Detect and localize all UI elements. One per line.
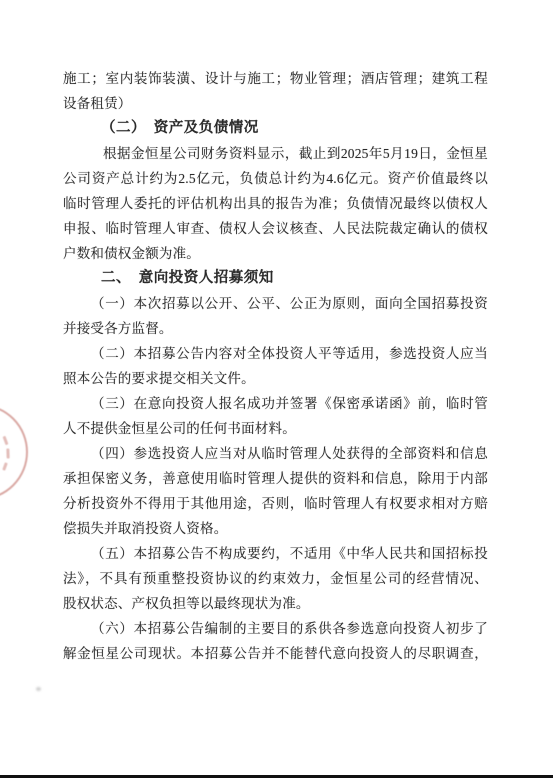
text-line: 法》，不具有预重整投资协议的约束效力，金恒星公司的经营情况、 <box>63 566 488 591</box>
section-heading-assets-liabilities: （二） 资产及负债情况 <box>63 116 488 141</box>
paragraph-notice-item-6: （六）本招募公告编制的主要目的系供各参选意向投资人初步了 解金恒星公司现状。本招… <box>63 616 488 666</box>
seal-glyph-mark <box>3 436 9 445</box>
text-line: 偿损失并取消投资人资格。 <box>63 516 488 541</box>
seal-glyph-mark <box>2 462 8 471</box>
page-bottom-border <box>0 775 553 778</box>
text-line: （六）本招募公告编制的主要目的系供各参选意向投资人初步了 <box>63 616 488 641</box>
text-line: 分析投资外不得用于其他用途，否则，临时管理人有权要求相对方赔 <box>63 491 488 516</box>
text-line: 公司资产总计约为2.5亿元，负债总计约为4.6亿元。资产价值最终以 <box>63 166 488 191</box>
text-line: 解金恒星公司现状。本招募公告并不能替代意向投资人的尽职调查， <box>63 641 488 666</box>
paragraph-notice-item-4: （四）参选投资人应当对从临时管理人处获得的全部资料和信息 承担保密义务，善意使用… <box>63 441 488 541</box>
text-line: 承担保密义务，善意使用临时管理人提供的资料和信息，除用于内部 <box>63 466 488 491</box>
text-line: （五）本招募公告不构成要约，不适用《中华人民共和国招标投标 <box>63 541 488 566</box>
document-body: 施工；室内装饰装潢、设计与施工；物业管理；酒店管理；建筑工程 设备租赁） （二）… <box>63 66 488 666</box>
text-line: 股权状态、产权负担等以最终现状为准。 <box>63 591 488 616</box>
paragraph-assets-liabilities: 根据金恒星公司财务资料显示，截止到2025年5月19日，金恒星 公司资产总计约为… <box>63 141 488 266</box>
seal-glyph-mark <box>6 448 9 458</box>
paragraph-notice-item-1: （一）本次招募以公开、公平、公正为原则，面向全国招募投资人， 并接受各方监督。 <box>63 291 488 341</box>
text-line: （四）参选投资人应当对从临时管理人处获得的全部资料和信息 <box>63 441 488 466</box>
text-line: 户数和债权金额为准。 <box>63 241 488 266</box>
text-line: 申报、临时管理人审查、债权人会议核查、人民法院裁定确认的债权 <box>63 216 488 241</box>
text-line: 照本公告的要求提交相关文件。 <box>63 366 488 391</box>
text-line: 设备租赁） <box>63 91 488 116</box>
section-heading-investor-notice: 二、 意向投资人招募须知 <box>63 266 488 291</box>
text-line: 临时管理人委托的评估机构出具的报告为准；负债情况最终以债权人 <box>63 191 488 216</box>
text-line: （二）本招募公告内容对全体投资人平等适用，参选投资人应当按 <box>63 341 488 366</box>
document-page: 施工；室内装饰装潢、设计与施工；物业管理；酒店管理；建筑工程 设备租赁） （二）… <box>0 0 553 783</box>
text-line: （三）在意向投资人报名成功并签署《保密承诺函》前，临时管理 <box>63 391 488 416</box>
text-line: 并接受各方监督。 <box>63 316 488 341</box>
paragraph-business-scope-continued: 施工；室内装饰装潢、设计与施工；物业管理；酒店管理；建筑工程 设备租赁） <box>63 66 488 116</box>
paragraph-notice-item-2: （二）本招募公告内容对全体投资人平等适用，参选投资人应当按 照本公告的要求提交相… <box>63 341 488 391</box>
text-line: 施工；室内装饰装潢、设计与施工；物业管理；酒店管理；建筑工程 <box>63 66 488 91</box>
paragraph-notice-item-5: （五）本招募公告不构成要约，不适用《中华人民共和国招标投标 法》，不具有预重整投… <box>63 541 488 616</box>
text-line: 人不提供金恒星公司的任何书面材料。 <box>63 416 488 441</box>
scan-artifact-speck <box>36 687 41 691</box>
red-seal-stamp <box>0 404 28 500</box>
text-line: （一）本次招募以公开、公平、公正为原则，面向全国招募投资人， <box>63 291 488 316</box>
text-line: 根据金恒星公司财务资料显示，截止到2025年5月19日，金恒星 <box>63 141 488 166</box>
paragraph-notice-item-3: （三）在意向投资人报名成功并签署《保密承诺函》前，临时管理 人不提供金恒星公司的… <box>63 391 488 441</box>
